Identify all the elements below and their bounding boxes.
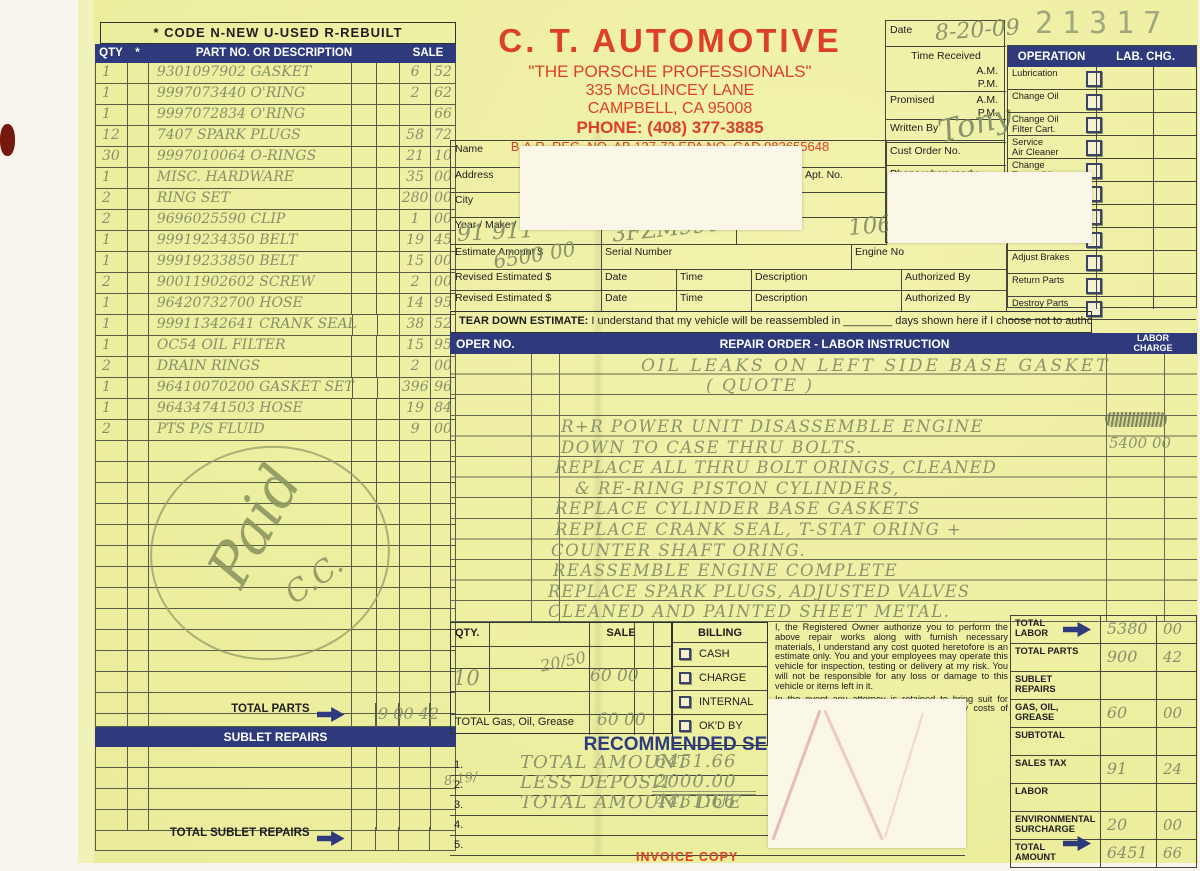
- total-parts-label: TOTAL PARTS: [231, 703, 309, 726]
- parts-row: [96, 672, 456, 693]
- part-description: 96410070200 GASKET SET: [149, 378, 353, 398]
- part-col2: [377, 63, 400, 83]
- company-address: 335 McGLINCEY LANE: [450, 82, 890, 100]
- part-col1: [352, 84, 377, 104]
- part-col2: [378, 315, 401, 335]
- totals-row: TOTAL PARTS 900 42: [1011, 644, 1196, 672]
- part-sale-dollars: [400, 546, 431, 566]
- operation-row: Adjust Brakes: [1008, 251, 1196, 274]
- part-description: 9997073440 O'RING: [149, 84, 352, 104]
- part-sale-dollars: [400, 651, 431, 671]
- labor-line: REPLACE SPARK PLUGS, ADJUSTED VALVES: [548, 582, 970, 601]
- hw-oil-qty: 10: [453, 666, 480, 690]
- part-col1: [352, 630, 377, 650]
- part-code: [128, 63, 149, 83]
- totals-row: LABOR: [1011, 784, 1196, 812]
- revised-time-1: Time: [676, 269, 752, 291]
- labor-line: DOWN TO CASE THRU BOLTS.: [561, 438, 863, 457]
- part-code: [128, 630, 149, 650]
- part-col1: [352, 252, 377, 272]
- parts-row: 30 9997010064 O-RINGS 21 10: [96, 147, 456, 168]
- billing-option-label: OK'D BY: [699, 720, 743, 732]
- part-description: 9997072834 O'RING: [149, 105, 352, 125]
- totals-row: ENVIRONMENTALSURCHARGE 20 00: [1011, 812, 1196, 840]
- part-col2: [377, 336, 400, 356]
- operation-row: Change Oil: [1008, 90, 1196, 113]
- part-sale-dollars: 2: [400, 357, 431, 377]
- repair-order-title: REPAIR ORDER - LABOR INSTRUCTION: [556, 337, 1113, 351]
- totals-row: TOTALLABOR 5380 00: [1011, 616, 1196, 644]
- revised-auth-2: Authorized By: [901, 290, 1007, 312]
- part-description: 9696025590 CLIP: [149, 210, 352, 230]
- parts-row: 2 9696025590 CLIP 1 00: [96, 210, 456, 231]
- part-code: [128, 609, 149, 629]
- part-col1: [352, 210, 377, 230]
- part-col2: [377, 672, 400, 692]
- part-description: OC54 OIL FILTER: [149, 336, 352, 356]
- totals-label: GAS, OIL,: [1015, 702, 1058, 712]
- operation-row: Change OilFilter Cart.: [1008, 113, 1196, 136]
- part-description: 99919233850 BELT: [149, 252, 352, 272]
- part-sale-cents: 52: [431, 63, 456, 83]
- part-col2: [377, 84, 400, 104]
- operation-label: Change: [1012, 160, 1045, 170]
- part-description: 99919234350 BELT: [149, 231, 352, 251]
- part-col1: [352, 105, 377, 125]
- legal-paragraph-1: I, the Registered Owner authorize you to…: [775, 623, 1008, 692]
- parts-row: 12 7407 SPARK PLUGS 58 72: [96, 126, 456, 147]
- billing-option-label: CHARGE: [699, 672, 746, 684]
- part-col1: [352, 189, 377, 209]
- part-col1: [352, 441, 377, 461]
- engine-no-field: Engine No: [851, 244, 1007, 270]
- operation-checkbox: [1086, 71, 1102, 87]
- part-sale-dollars: 15: [400, 336, 431, 356]
- part-sale-dollars: 14: [400, 294, 431, 314]
- part-qty: [96, 546, 128, 566]
- part-col2: [378, 378, 401, 398]
- part-code: [128, 357, 149, 377]
- totals-label: TOTAL: [1015, 618, 1045, 628]
- totals-value-cents: 00: [1157, 616, 1196, 643]
- part-col1: [352, 231, 377, 251]
- part-col2: [377, 231, 400, 251]
- recommended-row-number: 4.: [454, 819, 463, 831]
- operation-row: Lubrication: [1008, 67, 1196, 90]
- revised-auth-1: Authorized By: [901, 269, 1007, 291]
- part-qty: [96, 651, 128, 671]
- part-code: [128, 210, 149, 230]
- labor-charge-value: 5400 00: [1109, 434, 1171, 452]
- revised-estimate-2: Revised Estimated $: [451, 290, 602, 312]
- part-code: [128, 378, 149, 398]
- total-parts-value: 9 00 42: [378, 704, 439, 723]
- code-legend: * CODE N-NEW U-USED R-REBUILT: [100, 22, 456, 44]
- part-qty: 1: [96, 378, 128, 398]
- part-sale-dollars: [400, 672, 431, 692]
- part-qty: 30: [96, 147, 128, 167]
- gas-row-label: [451, 669, 673, 692]
- part-col2: [377, 483, 400, 503]
- part-col1: [352, 147, 377, 167]
- part-description: RING SET: [149, 189, 352, 209]
- am-label-1: A.M.: [976, 65, 998, 77]
- part-qty: 1: [96, 294, 128, 314]
- labor-line: REPLACE CRANK SEAL, T-STAT ORING +: [555, 520, 962, 539]
- part-qty: 1: [96, 105, 128, 125]
- parts-row: 1 OC54 OIL FILTER 15 95: [96, 336, 456, 357]
- part-code: [128, 168, 149, 188]
- total-sublet-row: TOTAL SUBLET REPAIRS: [95, 827, 456, 851]
- part-description: 96434741503 HOSE: [149, 399, 352, 419]
- labor-line: CLEANED AND PAINTED SHEET METAL.: [548, 602, 951, 621]
- operation-checkbox: [1086, 117, 1102, 133]
- totals-value-cents: [1157, 784, 1196, 811]
- part-code: [128, 336, 149, 356]
- company-phone: PHONE: (408) 377-3885: [450, 118, 890, 138]
- operation-checkbox: [1086, 140, 1102, 156]
- recommended-row-number: 3.: [454, 799, 463, 811]
- labor-line: REPLACE CYLINDER BASE GASKETS: [555, 499, 921, 518]
- part-sale-dollars: 38: [400, 315, 431, 335]
- totals-value-dollars: 20: [1101, 812, 1157, 839]
- company-name: C. T. AUTOMOTIVE: [450, 22, 890, 60]
- part-col2: [377, 462, 400, 482]
- operation-checkbox: [1086, 278, 1102, 294]
- part-col2: [377, 651, 400, 671]
- part-sale-dollars: [400, 567, 431, 587]
- time-received-label: Time Received: [886, 50, 1006, 62]
- totals-value-cents: 66: [1157, 840, 1196, 867]
- part-col2: [377, 273, 400, 293]
- operation-header: OPERATION: [1008, 51, 1095, 63]
- revised-desc-2: Description: [751, 290, 902, 312]
- totals-value-cents: [1157, 728, 1196, 755]
- totals-value-cents: 00: [1157, 700, 1196, 727]
- part-code: [128, 252, 149, 272]
- operation-label: Return Parts: [1012, 275, 1064, 285]
- totals-row: SUBLETREPAIRS: [1011, 672, 1196, 700]
- part-col2: [377, 126, 400, 146]
- total-parts-arrow-icon: [317, 707, 345, 722]
- part-col2: [377, 168, 400, 188]
- part-code: [128, 420, 149, 440]
- operation-label: Adjust Brakes: [1012, 252, 1069, 262]
- parts-row: 1 MISC. HARDWARE 35 00: [96, 168, 456, 189]
- part-sale-dollars: 35: [400, 168, 431, 188]
- totals-label: ENVIRONMENTAL: [1015, 814, 1095, 824]
- part-sale-dollars: 19: [400, 399, 431, 419]
- part-col2: [377, 189, 400, 209]
- teardown-strip: TEAR DOWN ESTIMATE: I understand that my…: [450, 311, 1092, 333]
- part-code: [128, 483, 149, 503]
- totals-value-cents: 00: [1157, 812, 1196, 839]
- paper-edge: [78, 0, 94, 863]
- part-qty: 2: [96, 420, 128, 440]
- part-code: [128, 315, 149, 335]
- part-sale-dollars: 6: [400, 63, 431, 83]
- parts-row: 1 9301097902 GASKET 6 52: [96, 63, 456, 84]
- labor-line: & RE-RING PISTON CYLINDERS,: [575, 479, 900, 498]
- part-col2: [377, 357, 400, 377]
- totals-row: SALES TAX 91 24: [1011, 756, 1196, 784]
- part-qty: [96, 525, 128, 545]
- part-qty: [96, 630, 128, 650]
- totals-label: SUBTOTAL: [1015, 730, 1065, 740]
- parts-row: 1 9997073440 O'RING 2 62: [96, 84, 456, 105]
- totals-row: SUBTOTAL: [1011, 728, 1196, 756]
- parts-header-qty: QTY: [95, 44, 127, 63]
- totals-value-dollars: 60: [1101, 700, 1157, 727]
- part-qty: 2: [96, 210, 128, 230]
- part-sale-dollars: [400, 441, 431, 461]
- ink-stain: [0, 124, 15, 156]
- labor-instruction-area: OIL LEAKS ON LEFT SIDE BASE GASKET ( QUO…: [450, 354, 1197, 622]
- part-col1: [352, 357, 377, 377]
- part-col2: [377, 210, 400, 230]
- totals-label: LABOR: [1015, 786, 1048, 796]
- totals-value-dollars: [1101, 728, 1157, 755]
- part-description: 96420732700 HOSE: [149, 294, 352, 314]
- labor-line: OIL LEAKS ON LEFT SIDE BASE GASKET: [641, 356, 1111, 376]
- totals-value-cents: [1157, 672, 1196, 699]
- part-description: 9997010064 O-RINGS: [149, 147, 352, 167]
- part-description: 99911342641 CRANK SEAL: [149, 315, 353, 335]
- part-code: [128, 462, 149, 482]
- billing-checkbox: [679, 696, 691, 708]
- invoice-copy-label: INVOICE COPY: [636, 850, 738, 864]
- hw-row-prefix: 8-19/: [443, 770, 478, 790]
- billing-checkbox: [679, 648, 691, 660]
- parts-header-sale: SALE: [400, 44, 456, 63]
- company-city: CAMPBELL, CA 95008: [450, 100, 890, 118]
- hw-paid-cc: C.C.: [279, 546, 350, 611]
- part-code: [128, 546, 149, 566]
- operation-label: Lubrication: [1012, 68, 1057, 78]
- part-qty: [96, 609, 128, 629]
- part-qty: 1: [96, 63, 128, 83]
- parts-table-header: QTY * PART NO. OR DESCRIPTION SALE: [95, 44, 456, 63]
- part-sale-dollars: 19: [400, 231, 431, 251]
- part-code: [128, 504, 149, 524]
- recommended-row-number: 1.: [454, 759, 463, 771]
- part-description: [149, 672, 352, 692]
- part-qty: [96, 567, 128, 587]
- operation-label: Change Oil: [1012, 114, 1059, 124]
- parts-header-star: *: [127, 44, 148, 63]
- labor-line: REPLACE ALL THRU BOLT ORINGS, CLEANED: [555, 458, 997, 477]
- parts-row: 1 99911342641 CRANK SEAL 38 52: [96, 315, 456, 336]
- part-col1: [352, 672, 377, 692]
- part-code: [128, 126, 149, 146]
- revised-estimate-1: Revised Estimated $: [451, 269, 602, 291]
- part-qty: [96, 483, 128, 503]
- pm-label-1: P.M.: [978, 78, 998, 90]
- billing-box: BILLING CASH CHARGE INTERNAL OK'D BY: [672, 622, 768, 746]
- revised-time-2: Time: [676, 290, 752, 312]
- parts-row: 1 9997072834 O'RING 66: [96, 105, 456, 126]
- part-qty: 12: [96, 126, 128, 146]
- operation-checkbox: [1086, 94, 1102, 110]
- operation-row: ServiceAir Cleaner: [1008, 136, 1196, 159]
- parts-row: 1 96420732700 HOSE 14 95: [96, 294, 456, 315]
- revised-desc-1: Description: [751, 269, 902, 291]
- part-sale-dollars: 396: [400, 378, 431, 398]
- hw-recommended-amount: 6451.66: [655, 751, 736, 772]
- revised-date-1: Date: [601, 269, 677, 291]
- part-code: [128, 105, 149, 125]
- parts-row: 2 RING SET 280 00: [96, 189, 456, 210]
- part-qty: 1: [96, 336, 128, 356]
- part-col2: [377, 609, 400, 629]
- part-qty: 2: [96, 189, 128, 209]
- invoice-number-stamp: 21317: [1035, 6, 1170, 41]
- sublet-row: [96, 768, 456, 789]
- teardown-title: TEAR DOWN ESTIMATE:: [459, 315, 588, 327]
- part-col1: [352, 273, 377, 293]
- sublet-row: [96, 789, 456, 810]
- part-qty: 1: [96, 168, 128, 188]
- operation-row: Return Parts: [1008, 274, 1196, 297]
- hw-recommended-amount: 2000.00: [655, 771, 736, 792]
- part-qty: 1: [96, 252, 128, 272]
- billing-option: CASH: [673, 642, 767, 666]
- part-qty: [96, 462, 128, 482]
- part-col1: [352, 399, 377, 419]
- part-sale-dollars: 15: [400, 252, 431, 272]
- billing-option: INTERNAL: [673, 690, 767, 714]
- totals-value-dollars: [1101, 672, 1157, 699]
- part-sale-dollars: 280: [400, 189, 431, 209]
- part-col1: [352, 126, 377, 146]
- total-sublet-arrow-icon: [317, 831, 345, 846]
- billing-options: CASH CHARGE INTERNAL OK'D BY: [673, 642, 767, 738]
- operation-checkbox: [1086, 255, 1102, 271]
- totals-value-dollars: 91: [1101, 756, 1157, 783]
- totals-value-cents: 24: [1157, 756, 1196, 783]
- totals-row: TOTALAMOUNT 6451 66: [1011, 840, 1196, 868]
- company-header: C. T. AUTOMOTIVE "THE PORSCHE PROFESSION…: [450, 22, 890, 154]
- scribbled-amount: [1105, 412, 1167, 427]
- totals-value-cents: 42: [1157, 644, 1196, 671]
- parts-row: 1 99919234350 BELT 19 45: [96, 231, 456, 252]
- part-col2: [377, 441, 400, 461]
- part-col1: [352, 651, 377, 671]
- parts-header-desc: PART NO. OR DESCRIPTION: [148, 44, 400, 63]
- part-description: PTS P/S FLUID: [149, 420, 352, 440]
- totals-label: TOTAL: [1015, 842, 1045, 852]
- part-code: [128, 294, 149, 314]
- labor-line: REASSEMBLE ENGINE COMPLETE: [553, 561, 898, 580]
- part-description: MISC. HARDWARE: [149, 168, 352, 188]
- hw-recommended-text: LESS DEPOSIT: [520, 772, 673, 793]
- part-code: [128, 672, 149, 692]
- totals-value-dollars: 900: [1101, 644, 1157, 671]
- teardown-text: I understand that my vehicle will be rea…: [588, 315, 1092, 327]
- part-sale-dollars: [400, 525, 431, 545]
- oper-no-header: OPER NO.: [450, 337, 556, 351]
- part-col2: [377, 420, 400, 440]
- totals-label: TOTAL PARTS: [1015, 646, 1078, 656]
- part-col1: [352, 168, 377, 188]
- labor-line: R+R POWER UNIT DISASSEMBLE ENGINE: [561, 417, 984, 436]
- operation-label: Destroy Parts: [1012, 298, 1068, 308]
- parts-row: 1 96410070200 GASKET SET 396 96: [96, 378, 456, 399]
- part-sale-dollars: [400, 588, 431, 608]
- labor-charge-header-2: CHARGE: [1133, 343, 1172, 353]
- part-sale-cents: 62: [431, 84, 456, 104]
- redaction-box-phone: [888, 172, 1092, 243]
- part-code: [128, 525, 149, 545]
- part-col1: [352, 63, 377, 83]
- part-code: [128, 84, 149, 104]
- parts-row: 1 96434741503 HOSE 19 84: [96, 399, 456, 420]
- hw-gas-total: 60 00: [597, 710, 646, 730]
- promised-label: Promised: [890, 94, 934, 106]
- part-description: 7407 SPARK PLUGS: [149, 126, 352, 146]
- part-col2: [377, 630, 400, 650]
- part-qty: 1: [96, 399, 128, 419]
- hw-oil-sale: 60 00: [590, 666, 639, 686]
- redaction-box-customer: [520, 146, 802, 230]
- part-sale-dollars: 2: [400, 84, 431, 104]
- part-sale-dollars: [400, 609, 431, 629]
- totals-value-dollars: [1101, 784, 1157, 811]
- part-code: [128, 588, 149, 608]
- part-sale-dollars: 21: [400, 147, 431, 167]
- part-sale-dollars: 58: [400, 126, 431, 146]
- part-qty: [96, 672, 128, 692]
- operation-label: Service: [1012, 137, 1043, 147]
- part-qty: 2: [96, 357, 128, 377]
- part-code: [128, 273, 149, 293]
- part-col1: [353, 315, 378, 335]
- billing-checkbox: [679, 720, 691, 732]
- operation-label: Change Oil: [1012, 91, 1059, 101]
- repair-order-bar: OPER NO. REPAIR ORDER - LABOR INSTRUCTIO…: [450, 333, 1197, 354]
- part-qty: 2: [96, 273, 128, 293]
- sublet-rows: [95, 747, 456, 831]
- billing-option-label: INTERNAL: [699, 696, 753, 708]
- scanned-invoice-page: 21317 C. T. AUTOMOTIVE "THE PORSCHE PROF…: [0, 0, 1200, 871]
- part-code: [128, 567, 149, 587]
- part-col2: [377, 105, 400, 125]
- billing-option-label: CASH: [699, 648, 730, 660]
- billing-checkbox: [679, 672, 691, 684]
- parts-row: 2 DRAIN RINGS 2 00: [96, 357, 456, 378]
- part-qty: [96, 504, 128, 524]
- gas-sale-header: SALE: [589, 627, 653, 639]
- parts-row: 2 PTS P/S FLUID 9 00: [96, 420, 456, 441]
- totals-column: TOTALLABOR 5380 00 TOTAL PARTS 900 42 SU…: [1010, 615, 1197, 868]
- part-code: [128, 651, 149, 671]
- sublet-repairs-bar: SUBLET REPAIRS: [95, 727, 456, 747]
- total-sublet-label: TOTAL SUBLET REPAIRS: [170, 827, 310, 850]
- parts-row: 2 90011902602 SCREW 2 00: [96, 273, 456, 294]
- totals-label: SUBLET: [1015, 674, 1052, 684]
- part-sale-dollars: [400, 462, 431, 482]
- recommended-row-number: 5.: [454, 839, 463, 851]
- part-col1: [352, 336, 377, 356]
- part-code: [128, 399, 149, 419]
- part-code: [128, 147, 149, 167]
- part-code: [128, 189, 149, 209]
- part-sale-dollars: [400, 483, 431, 503]
- billing-header: BILLING: [673, 623, 767, 642]
- part-col1: [352, 420, 377, 440]
- part-sale-dollars: 9: [400, 420, 431, 440]
- billing-option: CHARGE: [673, 666, 767, 690]
